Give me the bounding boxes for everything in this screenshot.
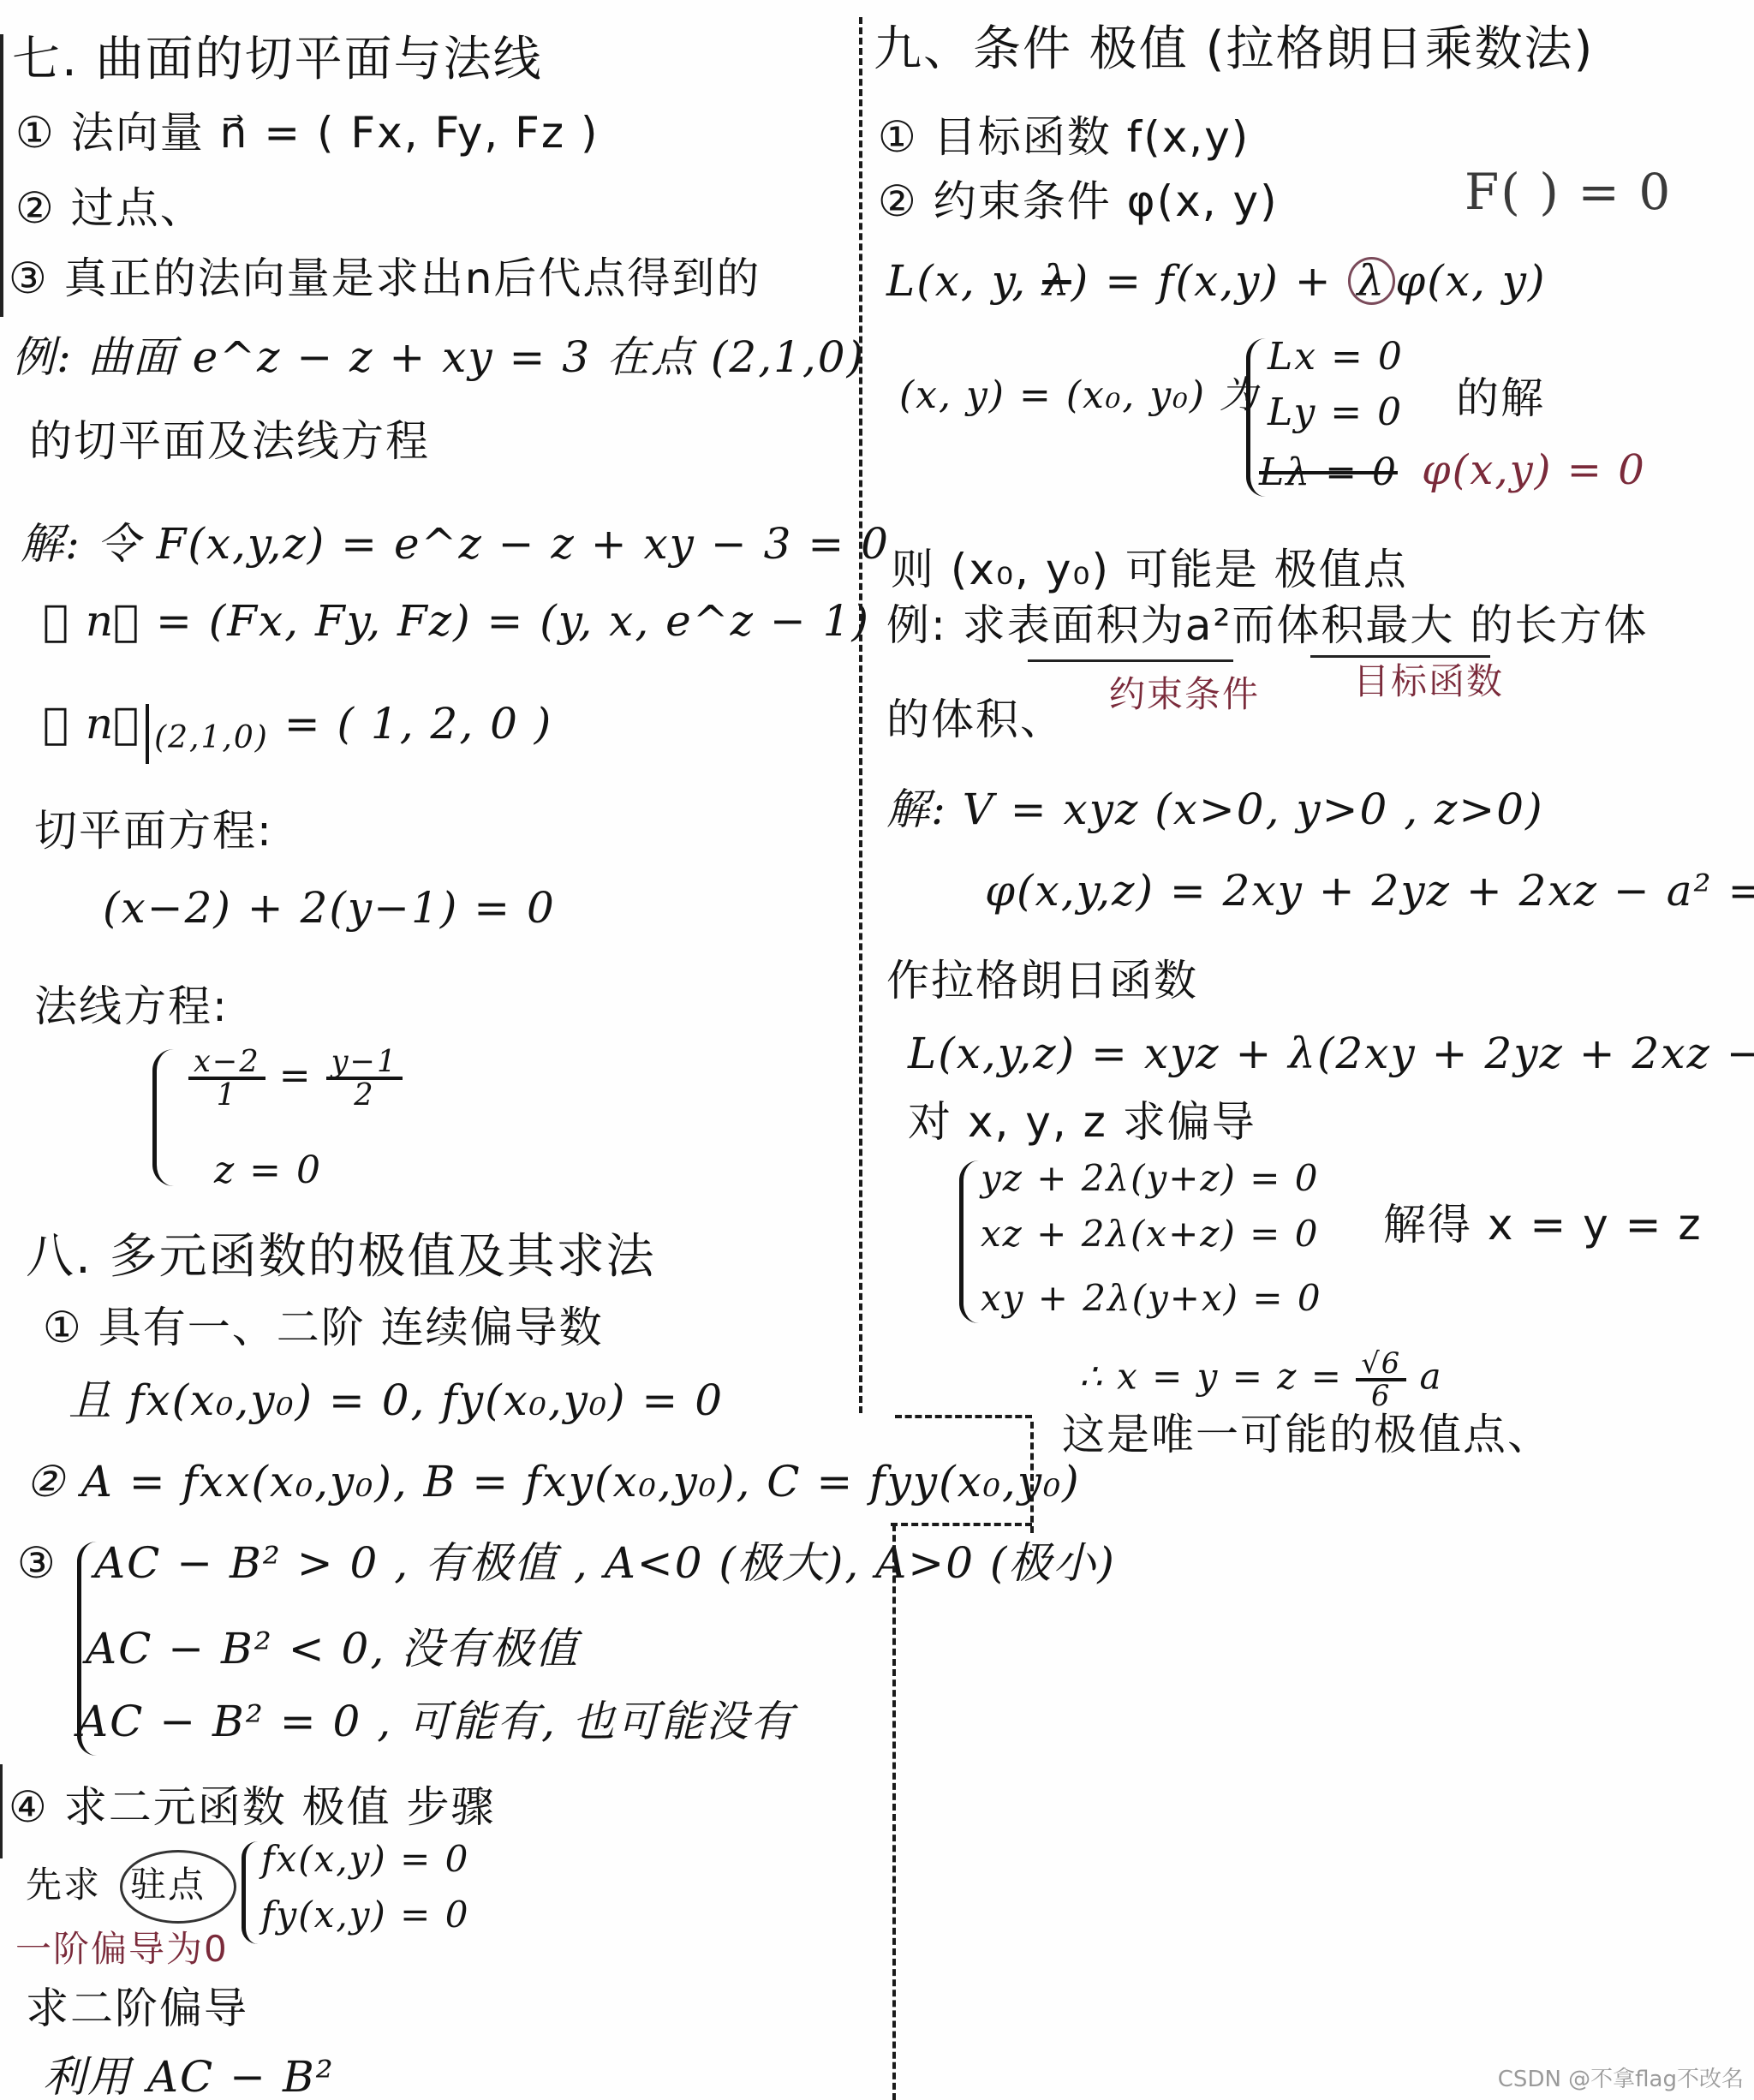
solution-1-line-2: ∴ n⃗ = (Fx, Fy, Fz) = (y, x, e^z − 1) bbox=[43, 600, 870, 642]
system-eq-ly: Ly = 0 bbox=[1268, 394, 1403, 432]
fraction-numerator: x−2 bbox=[188, 1047, 265, 1080]
lagrange-lhs: L(x, y, bbox=[886, 256, 1042, 306]
normal-line-equation-2: z = 0 bbox=[214, 1152, 322, 1190]
section-8-item-3-label: ③ bbox=[17, 1542, 57, 1584]
struck-lambda: λ bbox=[1042, 256, 1071, 306]
step-1-equation-1: fx(x,y) = 0 bbox=[261, 1841, 469, 1877]
normal-line-label: 法线方程: bbox=[34, 985, 229, 1028]
section-8-item-1-condition: 且 fx(x₀,y₀) = 0, fy(x₀,y₀) = 0 bbox=[69, 1379, 724, 1422]
final-result-prefix: ∴ x = y = z = bbox=[1079, 1356, 1343, 1398]
fraction-numerator: y−1 bbox=[326, 1047, 403, 1080]
equals-sign: = bbox=[279, 1054, 313, 1098]
step-2: 求二阶偏导 bbox=[26, 1987, 248, 2030]
normal-vector-value: = ( 1, 2, 0 ) bbox=[284, 699, 553, 749]
section-8-item-1: ① 具有一、二阶 连续偏导数 bbox=[43, 1306, 604, 1349]
column-divider bbox=[895, 1415, 1032, 1418]
construct-lagrange-label: 作拉格朗日函数 bbox=[886, 959, 1198, 1002]
circled-lambda: λ bbox=[1348, 257, 1396, 305]
objective-underline bbox=[1310, 655, 1490, 658]
scan-edge-mark bbox=[0, 1764, 3, 1858]
system-eq-llambda-struck: Lλ = 0 bbox=[1259, 454, 1398, 492]
section-9-title: 九、条件 极值 (拉格朗日乘数法) bbox=[874, 26, 1594, 74]
unique-extremum-note: 这是唯一可能的极值点、 bbox=[1062, 1413, 1552, 1456]
partials-label: 对 x, y, z 求偏导 bbox=[908, 1101, 1256, 1143]
fraction-numerator: √6 bbox=[1356, 1349, 1406, 1381]
lagrange-rhs-b: φ(x, y) bbox=[1395, 256, 1546, 306]
fraction-denominator: 6 bbox=[1356, 1381, 1406, 1411]
section-8-item-4: ④ 求二元函数 极值 步骤 bbox=[9, 1786, 496, 1829]
partial-eq-y: xz + 2λ(x+z) = 0 bbox=[981, 1216, 1319, 1252]
step-1-prefix: 先求 bbox=[26, 1867, 101, 1903]
system-brace bbox=[152, 1049, 174, 1186]
system-suffix: 的解 bbox=[1456, 377, 1545, 420]
fraction-denominator: 1 bbox=[188, 1080, 265, 1110]
constraint-underline bbox=[1028, 659, 1233, 662]
case-ac-b2-positive: AC − B² > 0 , 有极值 , A<0 (极大), A>0 (极小) bbox=[94, 1542, 1116, 1584]
section-7-title: 七. 曲面的切平面与法线 bbox=[12, 36, 543, 84]
stationary-system-brace bbox=[242, 1841, 258, 1944]
lagrange-conclusion: 则 (x₀, y₀) 可能是 极值点 bbox=[891, 548, 1408, 591]
solution-2-constraint: φ(x,y,z) = 2xy + 2yz + 2xz − a² = 0 bbox=[985, 869, 1754, 912]
objective-annotation: 目标函数 bbox=[1353, 664, 1504, 700]
evaluation-bar bbox=[146, 704, 149, 764]
pencil-side-note: F( ) = 0 bbox=[1465, 167, 1672, 217]
case-ac-b2-zero: AC − B² = 0 , 可能有, 也可能没有 bbox=[77, 1700, 795, 1743]
tangent-plane-label: 切平面方程: bbox=[34, 809, 273, 852]
example-1-line-2: 的切平面及法线方程 bbox=[29, 420, 430, 462]
final-result-suffix: a bbox=[1419, 1356, 1442, 1398]
column-divider bbox=[891, 1523, 1032, 1526]
partials-result: 解得 x = y = z bbox=[1383, 1203, 1703, 1246]
section-9-item-2: ② 约束条件 φ(x, y) bbox=[878, 180, 1279, 223]
first-order-partials-note: 一阶偏导为0 bbox=[15, 1931, 229, 1967]
step-3: 利用 AC − B² bbox=[43, 2055, 335, 2098]
column-divider bbox=[892, 1524, 896, 2100]
partials-system-brace bbox=[959, 1160, 979, 1323]
case-ac-b2-negative: AC − B² < 0, 没有极值 bbox=[86, 1627, 579, 1670]
column-divider bbox=[1030, 1422, 1034, 1533]
step-1-equation-2: fy(x,y) = 0 bbox=[261, 1897, 469, 1933]
system-eq-constraint: φ(x,y) = 0 bbox=[1422, 450, 1646, 491]
lagrange-function: L(x,y,z) = xyz + λ(2xy + 2yz + 2xz − a²) bbox=[908, 1032, 1754, 1075]
notes-page: 七. 曲面的切平面与法线 ① 法向量 n⃗ = ( Fx, Fy, Fz ) ②… bbox=[0, 0, 1754, 2100]
section-9-item-1: ① 目标函数 f(x,y) bbox=[878, 116, 1250, 158]
normal-line-equation-1: x−21 = y−12 bbox=[188, 1047, 403, 1110]
section-8-title: 八. 多元函数的极值及其求法 bbox=[26, 1233, 656, 1281]
column-divider bbox=[859, 17, 862, 1413]
partial-eq-z: xy + 2λ(y+x) = 0 bbox=[981, 1280, 1322, 1316]
system-eq-lx: Lx = 0 bbox=[1268, 338, 1404, 376]
partial-eq-x: yz + 2λ(y+z) = 0 bbox=[981, 1160, 1320, 1196]
section-7-item-3: ③ 真正的法向量是求出n后代点得到的 bbox=[9, 257, 761, 300]
solution-2-volume: 解: V = xyz (x>0, y>0 , z>0) bbox=[886, 788, 1544, 831]
stationary-point-label: 驻点 bbox=[130, 1867, 206, 1903]
normal-vector-symbol: ∴ n⃗ bbox=[43, 699, 140, 749]
lagrange-rhs-a: ) = f(x,y) + bbox=[1071, 256, 1348, 306]
section-7-item-1: ① 法向量 n⃗ = ( Fx, Fy, Fz ) bbox=[15, 111, 599, 154]
section-7-item-2: ② 过点、 bbox=[15, 187, 205, 230]
final-result: ∴ x = y = z = √66 a bbox=[1079, 1349, 1442, 1410]
evaluation-point: (2,1,0) bbox=[154, 720, 269, 755]
lagrange-definition: L(x, y, λ) = f(x,y) + λφ(x, y) bbox=[886, 257, 1547, 305]
section-8-item-2: ② A = fxx(x₀,y₀), B = fxy(x₀,y₀), C = fy… bbox=[26, 1460, 1081, 1503]
constraint-annotation: 约束条件 bbox=[1109, 677, 1260, 713]
solution-1-line-3: ∴ n⃗(2,1,0) = ( 1, 2, 0 ) bbox=[43, 702, 552, 764]
scan-edge-mark bbox=[0, 34, 3, 317]
example-2-line-1: 例: 求表面积为a²而体积最大 的长方体 bbox=[886, 604, 1648, 647]
example-1-line-1: 例: 曲面 e^z − z + xy = 3 在点 (2,1,0) bbox=[12, 336, 865, 379]
example-2-line-2: 的体积、 bbox=[886, 698, 1065, 741]
solution-1-line-1: 解: 令 F(x,y,z) = e^z − z + xy − 3 = 0 bbox=[21, 522, 890, 565]
stationary-condition-prefix: (x, y) = (x₀, y₀) 为 bbox=[899, 377, 1259, 415]
watermark: CSDN @不拿flag不改名 bbox=[1498, 2061, 1744, 2093]
tangent-plane-equation: (x−2) + 2(y−1) = 0 bbox=[103, 886, 556, 929]
fraction-denominator: 2 bbox=[326, 1080, 403, 1110]
